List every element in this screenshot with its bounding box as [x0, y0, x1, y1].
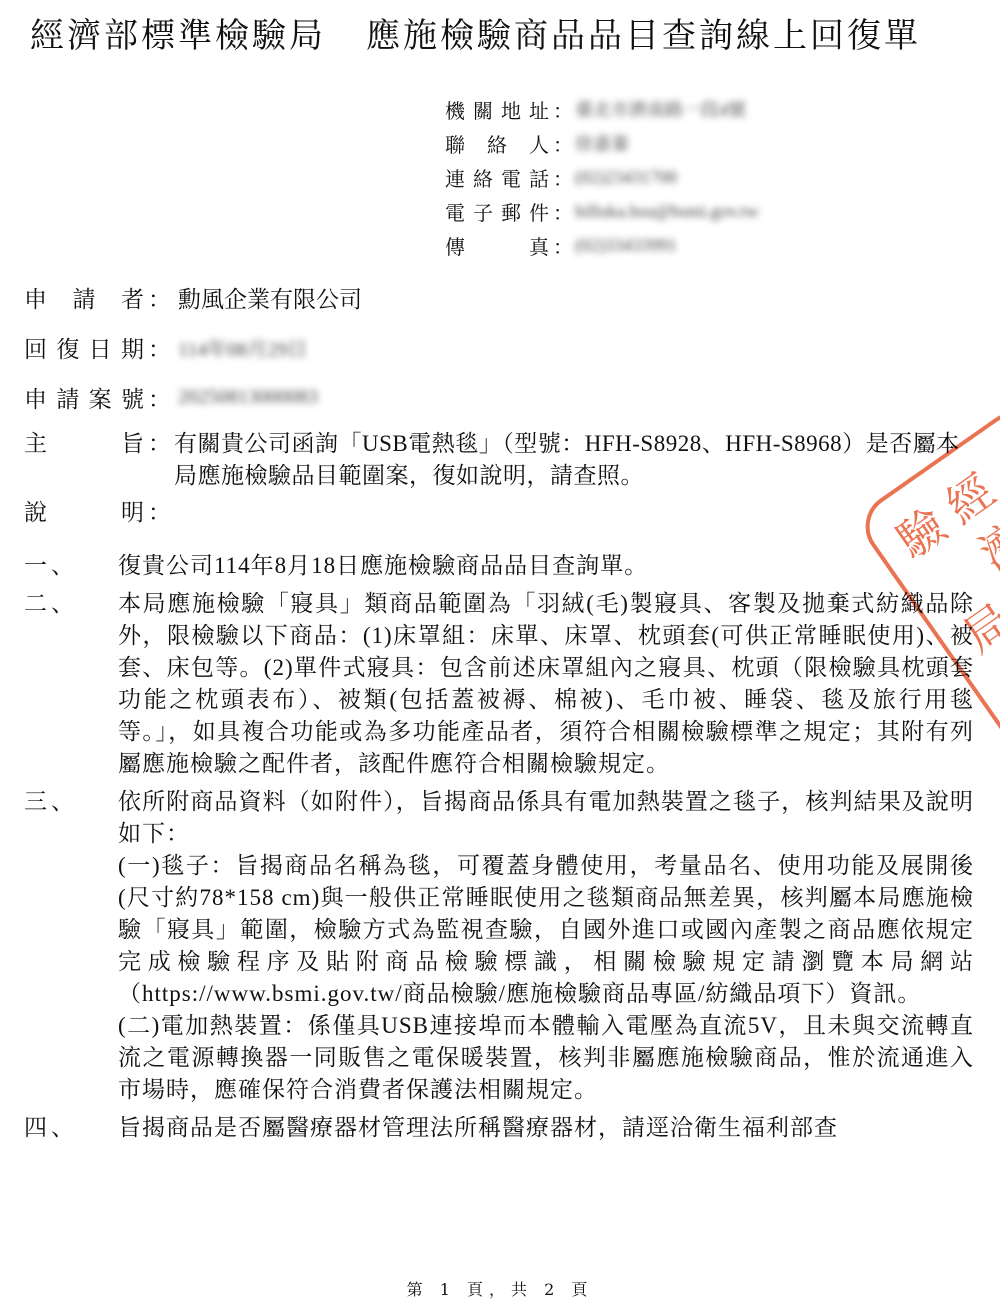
contact-label: 聯絡人: [445, 129, 551, 158]
meta-label: 申請者: [24, 281, 144, 314]
item-number: 一、: [24, 550, 118, 582]
contact-row-address: 機關地址 ： 臺北市濟南路一段4號: [445, 92, 759, 126]
subject-label: 主旨: [24, 428, 144, 492]
redacted-value: 114年08月29日: [178, 333, 307, 362]
item-paragraph: 本局應施檢驗「寢具」類商品範圍為「羽絨(毛)製寢具、客製及拋棄式紡織品除外，限檢…: [118, 588, 974, 780]
item-subparagraph: (一)毯子：旨揭商品名稱為毯，可覆蓋身體使用，考量品名、使用功能及展開後(尺寸約…: [118, 850, 974, 1010]
seal-char: 檢: [992, 547, 1000, 629]
subject-text: 有關貴公司函詢「USB電熱毯」（型號：HFH-S8928、HFH-S8968）是…: [174, 428, 974, 492]
item-paragraph: 復貴公司114年8月18日應施檢驗商品品目查詢單。: [118, 550, 974, 582]
redacted-value: hilluka.hsu@bsmi.gov.tw: [575, 201, 759, 222]
contact-block: 機關地址 ： 臺北市濟南路一段4號 聯絡人 ： 徐嘉蓁 連絡電話 ： (02)2…: [445, 92, 759, 262]
item-subparagraph: (二)電加熱裝置：係僅具USB連接埠而本體輸入電壓為直流5V，且未與交流轉直流之…: [118, 1010, 974, 1106]
redacted-value: 徐嘉蓁: [575, 130, 629, 156]
item-number: 四、: [24, 1112, 118, 1144]
meta-row-applicant: 申請者 ： 勳風企業有限公司: [24, 272, 362, 322]
explanation-label: 說明: [24, 494, 144, 527]
contact-row-phone: 連絡電話 ： (02)23431700: [445, 160, 759, 194]
contact-row-person: 聯絡人 ： 徐嘉蓁: [445, 126, 759, 160]
meta-row-case-number: 申請案號 ： 20250813000083: [24, 372, 362, 422]
applicant-name: 勳風企業有限公司: [178, 281, 362, 314]
explanation-item: 一、 復貴公司114年8月18日應施檢驗商品品目查詢單。: [24, 550, 974, 582]
explanation-heading: 說明 ：: [24, 494, 174, 527]
application-meta: 申請者 ： 勳風企業有限公司 回復日期 ： 114年08月29日 申請案號 ： …: [24, 272, 362, 422]
contact-row-email: 電子郵件 ： hilluka.hsu@bsmi.gov.tw: [445, 194, 759, 228]
page-indicator: 第 1 頁，共 2 頁: [0, 1277, 1000, 1300]
contact-label: 傳真: [445, 231, 551, 260]
explanation-item: 三、 依所附商品資料（如附件），旨揭商品係具有電加熱裝置之毯子，核判結果及說明如…: [24, 786, 974, 1106]
item-paragraph: 依所附商品資料（如附件），旨揭商品係具有電加熱裝置之毯子，核判結果及說明如下：: [118, 786, 974, 850]
contact-label: 連絡電話: [445, 163, 551, 192]
item-number: 二、: [24, 588, 118, 780]
explanation-item: 四、 旨揭商品是否屬醫療器材管理法所稱醫療器材，請逕洽衛生福利部查: [24, 1112, 974, 1144]
redacted-value: (02)23431700: [575, 167, 677, 188]
item-paragraph: 旨揭商品是否屬醫療器材管理法所稱醫療器材，請逕洽衛生福利部查: [118, 1112, 974, 1144]
meta-row-reply-date: 回復日期 ： 114年08月29日: [24, 322, 362, 372]
explanation-list: 一、 復貴公司114年8月18日應施檢驗商品品目查詢單。 二、 本局應施檢驗「寢…: [24, 550, 974, 1150]
document-title: 經濟部標準檢驗局應施檢驗商品品目查詢線上回復單: [30, 8, 921, 57]
contact-row-fax: 傳真 ： (02)33433991: [445, 228, 759, 262]
subject-section: 主旨 ： 有關貴公司函詢「USB電熱毯」（型號：HFH-S8928、HFH-S8…: [24, 428, 974, 492]
agency-name: 經濟部標準檢驗局: [30, 16, 326, 56]
redacted-value: 20250813000083: [178, 386, 318, 409]
contact-label: 電子郵件: [445, 197, 551, 226]
explanation-item: 二、 本局應施檢驗「寢具」類商品範圍為「羽絨(毛)製寢具、客製及拋棄式紡織品除外…: [24, 588, 974, 780]
redacted-value: 臺北市濟南路一段4號: [575, 96, 746, 122]
form-title: 應施檢驗商品品目查詢線上回復單: [366, 16, 921, 56]
redacted-value: (02)33433991: [575, 235, 677, 256]
meta-label: 回復日期: [24, 331, 144, 364]
meta-label: 申請案號: [24, 381, 144, 414]
item-number: 三、: [24, 786, 118, 1106]
contact-label: 機關地址: [445, 95, 551, 124]
